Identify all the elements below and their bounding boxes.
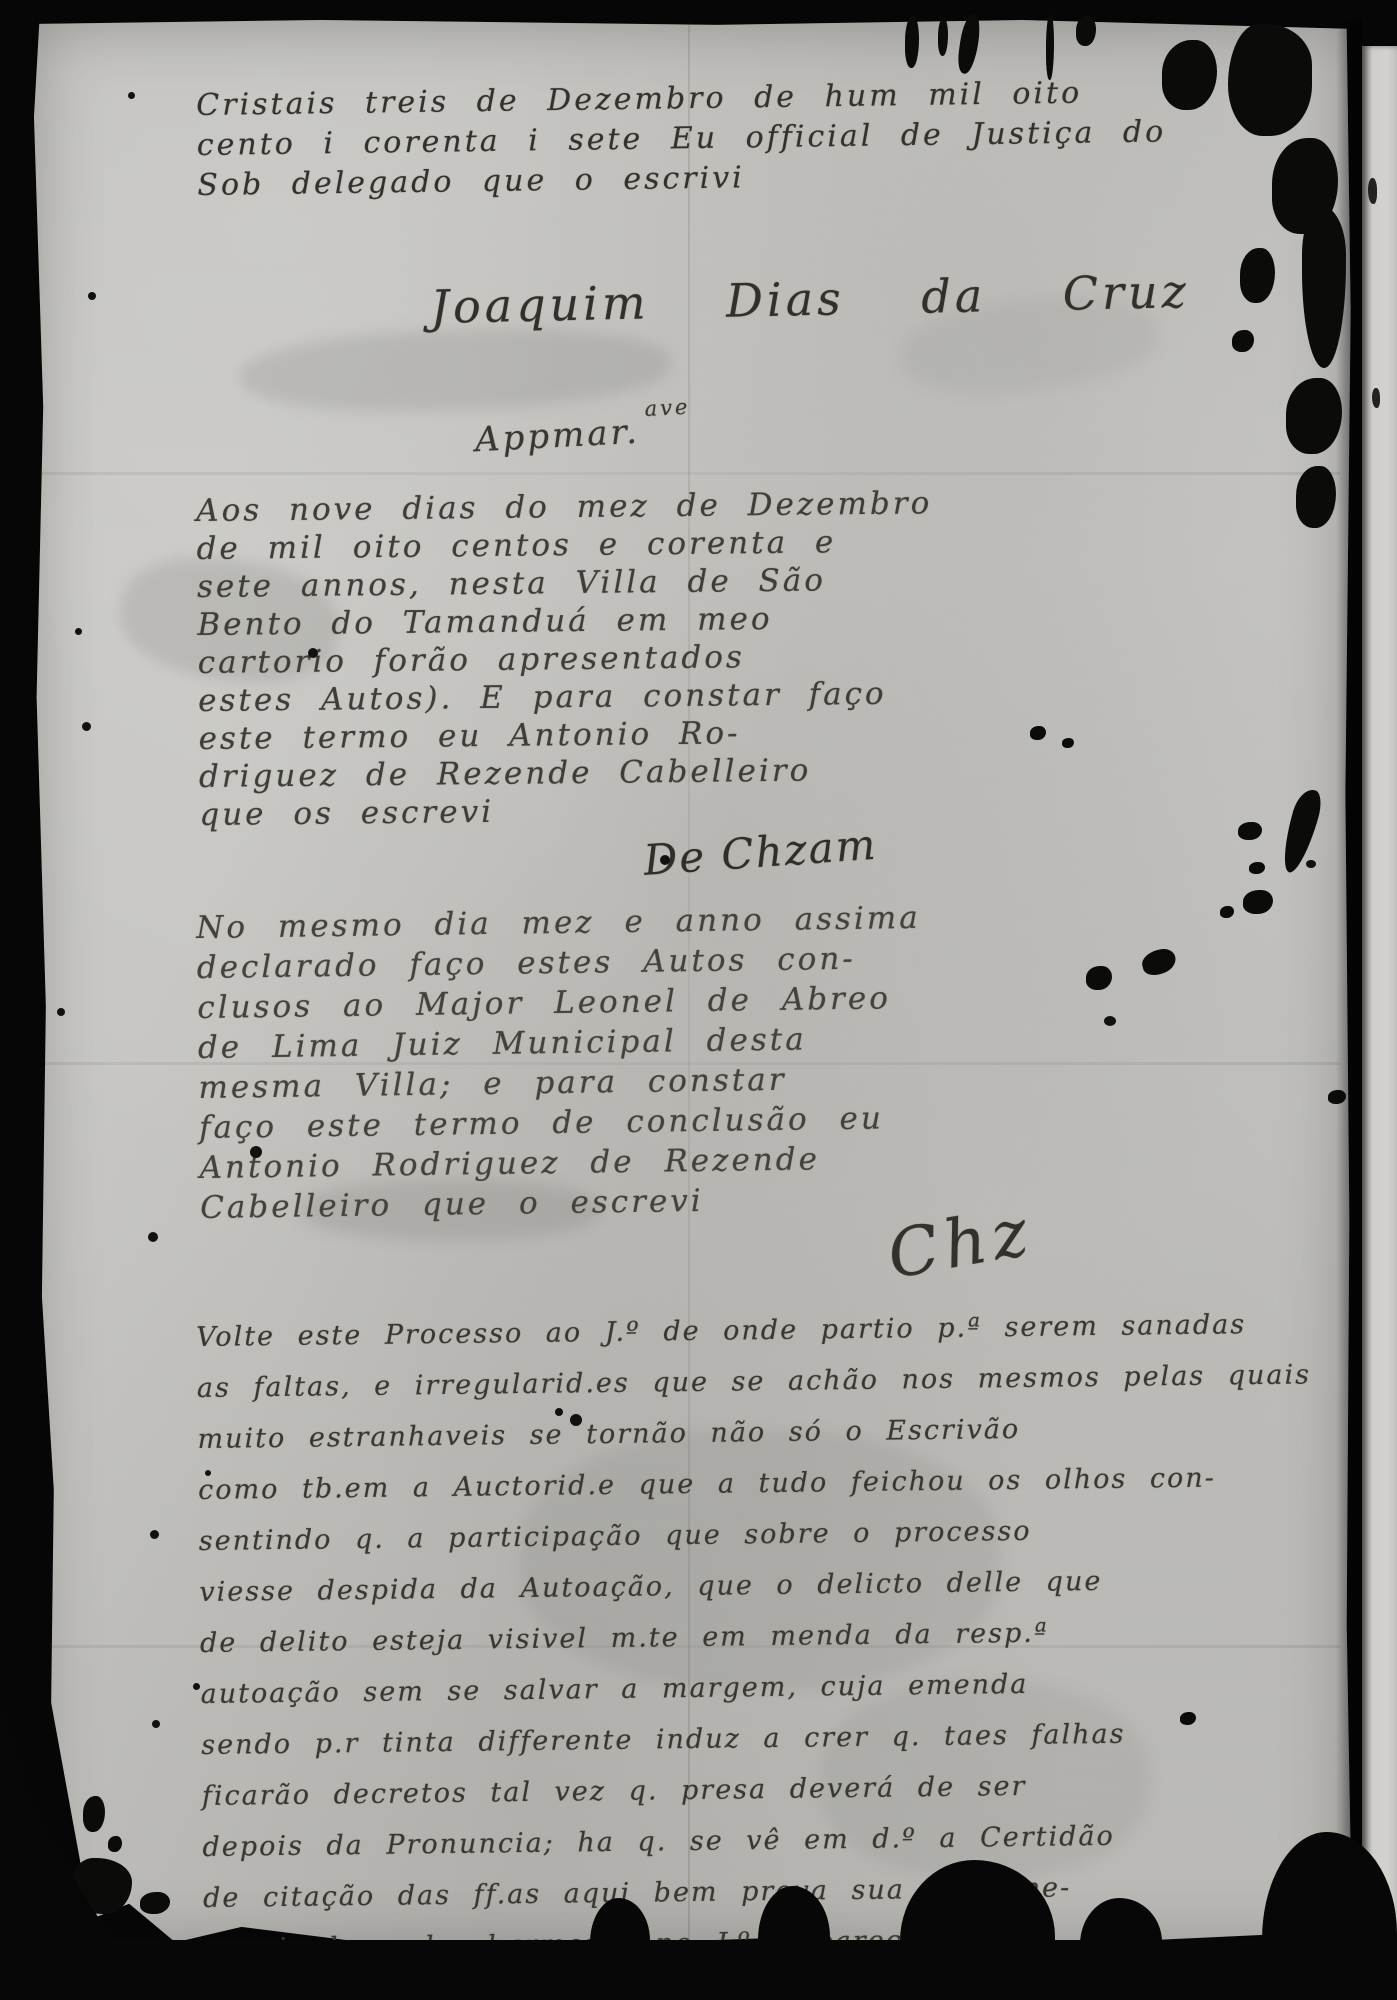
ink-mark: [1368, 178, 1377, 204]
conclusion-term-text: No mesmo dia mez e anno assima declarado…: [196, 898, 925, 1228]
ink-dot: [193, 1683, 200, 1690]
scan-bottom-border: [0, 1940, 1397, 2000]
ink-dot: [82, 722, 91, 731]
ink-dot: [1104, 1016, 1116, 1026]
ink-blot: [1228, 24, 1312, 136]
ink-dot: [152, 1720, 160, 1728]
ink-dot: [150, 1530, 159, 1539]
adjacent-page-edge: [1362, 46, 1397, 1954]
presentation-term-text: Aos nove dias do mez de Dezembro de mil …: [196, 484, 936, 834]
ink-mark: [1372, 388, 1380, 408]
ink-dot: [128, 92, 135, 99]
manuscript-scan: Cristais treis de Dezembro de hum mil oi…: [0, 0, 1397, 2000]
horizontal-fold-crease: [40, 472, 1340, 475]
ink-dot: [570, 1414, 582, 1426]
ink-dot: [205, 1470, 211, 1476]
heading-superscript: ave: [644, 395, 691, 421]
opening-certification-text: Cristais treis de Dezembro de hum mil oi…: [196, 72, 1167, 206]
manuscript-line: sete annos, nesta Villa de São: [197, 560, 933, 606]
ink-dot: [57, 1008, 65, 1016]
manuscript-line: estes Autos). E para constar faço: [198, 674, 934, 720]
ink-dot: [250, 1146, 262, 1158]
ink-dot: [308, 648, 318, 658]
ink-dot: [148, 1232, 158, 1242]
ink-dot: [75, 628, 82, 635]
ink-dot: [88, 292, 96, 300]
despacho-judicial-text: Volte este Processo ao J.º de onde parti…: [196, 1298, 1318, 1975]
ink-dot: [555, 1408, 563, 1416]
ink-dot: [1306, 860, 1316, 868]
ink-dot: [660, 855, 670, 865]
